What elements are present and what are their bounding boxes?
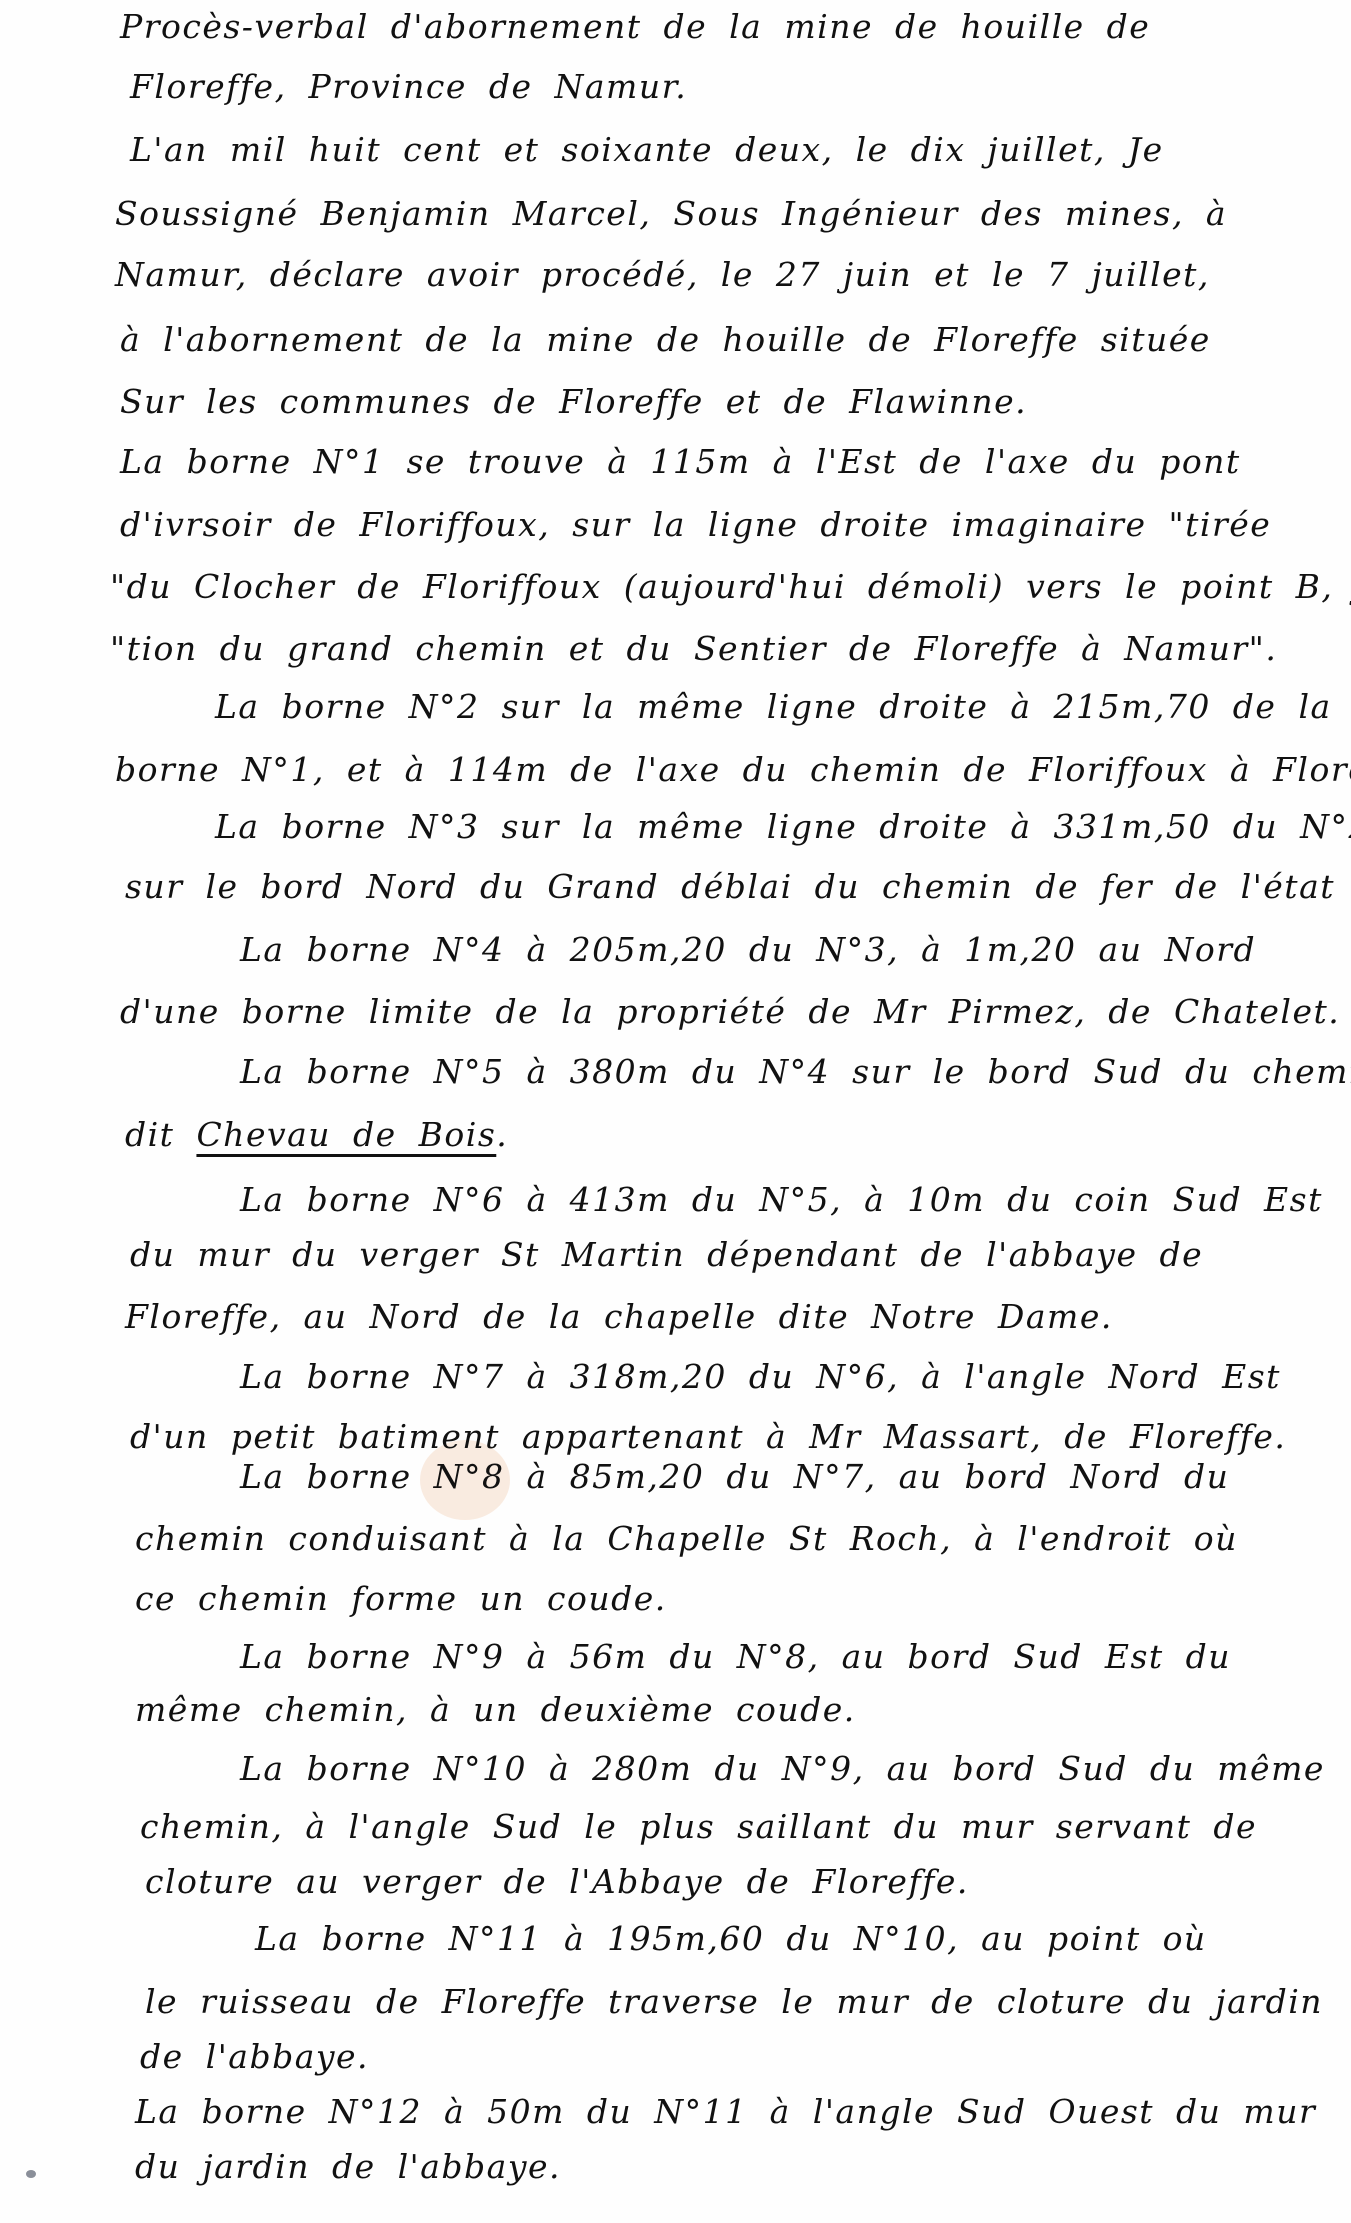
- manuscript-line: La borne N°8 à 85m,20 du N°7, au bord No…: [240, 1460, 1229, 1493]
- manuscript-line: du jardin de l'abbaye.: [135, 2150, 561, 2183]
- manuscript-line: d'un petit batiment appartenant à Mr Mas…: [130, 1420, 1286, 1453]
- manuscript-line: Namur, déclare avoir procédé, le 27 juin…: [115, 258, 1210, 291]
- manuscript-line: d'une borne limite de la propriété de Mr…: [120, 995, 1340, 1028]
- manuscript-line: La borne N°9 à 56m du N°8, au bord Sud E…: [240, 1640, 1231, 1673]
- manuscript-word: dit: [125, 1115, 196, 1154]
- manuscript-line: La borne N°3 sur la même ligne droite à …: [215, 810, 1351, 843]
- manuscript-line: d'ivrsoir de Floriffoux, sur la ligne dr…: [120, 508, 1271, 541]
- manuscript-line: Sur les communes de Floreffe et de Flawi…: [120, 385, 1027, 418]
- manuscript-line: "tion du grand chemin et du Sentier de F…: [110, 632, 1277, 665]
- manuscript-line: ce chemin forme un coude.: [135, 1582, 667, 1615]
- manuscript-line: La borne N°5 à 380m du N°4 sur le bord S…: [240, 1055, 1351, 1088]
- manuscript-line: La borne N°2 sur la même ligne droite à …: [215, 690, 1332, 723]
- manuscript-line: le ruisseau de Floreffe traverse le mur …: [145, 1985, 1323, 2018]
- scanned-manuscript-page: Procès-verbal d'abornement de la mine de…: [0, 0, 1351, 2223]
- manuscript-line: "du Clocher de Floriffoux (aujourd'hui d…: [110, 570, 1351, 603]
- manuscript-line: La borne N°4 à 205m,20 du N°3, à 1m,20 a…: [240, 933, 1256, 966]
- manuscript-line: même chemin, à un deuxième coude.: [135, 1693, 856, 1726]
- manuscript-line: Soussigné Benjamin Marcel, Sous Ingénieu…: [115, 197, 1227, 230]
- manuscript-line: à l'abornement de la mine de houille de …: [120, 323, 1211, 356]
- manuscript-line: La borne N°12 à 50m du N°11 à l'angle Su…: [135, 2095, 1316, 2128]
- manuscript-word: .: [496, 1115, 508, 1154]
- manuscript-line: sur le bord Nord du Grand déblai du chem…: [125, 870, 1335, 903]
- manuscript-line: L'an mil huit cent et soixante deux, le …: [130, 133, 1164, 166]
- manuscript-line-title: Procès-verbal d'abornement de la mine de…: [120, 10, 1150, 43]
- manuscript-line: du mur du verger St Martin dépendant de …: [130, 1238, 1203, 1271]
- manuscript-line: La borne N°11 à 195m,60 du N°10, au poin…: [255, 1922, 1207, 1955]
- manuscript-line: La borne N°1 se trouve à 115m à l'Est de…: [120, 445, 1241, 478]
- manuscript-line: chemin, à l'angle Sud le plus saillant d…: [140, 1810, 1257, 1843]
- manuscript-line: La borne N°10 à 280m du N°9, au bord Sud…: [240, 1752, 1325, 1785]
- manuscript-line: cloture au verger de l'Abbaye de Floreff…: [145, 1865, 969, 1898]
- manuscript-line: Floreffe, au Nord de la chapelle dite No…: [125, 1300, 1113, 1333]
- ink-smudge: [26, 2170, 36, 2178]
- manuscript-line: dit Chevau de Bois.: [125, 1118, 508, 1151]
- manuscript-line: de l'abbaye.: [140, 2040, 369, 2073]
- manuscript-line: La borne N°6 à 413m du N°5, à 10m du coi…: [240, 1183, 1323, 1216]
- manuscript-line: chemin conduisant à la Chapelle St Roch,…: [135, 1522, 1238, 1555]
- manuscript-line: Floreffe, Province de Namur.: [130, 70, 687, 103]
- manuscript-line: La borne N°7 à 318m,20 du N°6, à l'angle…: [240, 1360, 1281, 1393]
- manuscript-line: borne N°1, et à 114m de l'axe du chemin …: [115, 753, 1351, 786]
- underlined-place-name: Chevau de Bois: [196, 1115, 496, 1154]
